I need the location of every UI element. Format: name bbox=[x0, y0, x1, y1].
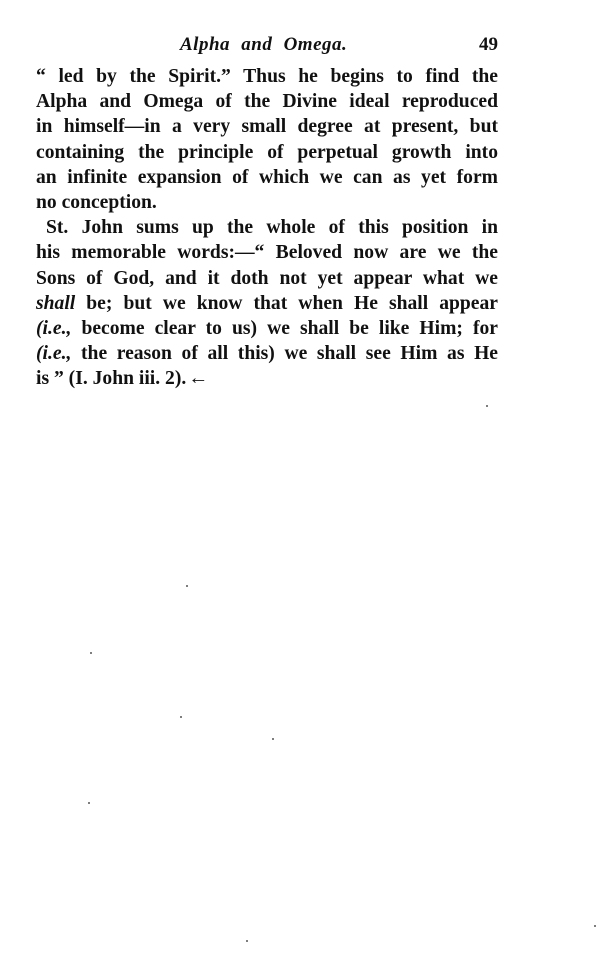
scan-speck bbox=[186, 585, 188, 587]
left-arrow-icon: ← bbox=[188, 367, 208, 389]
scan-speck bbox=[486, 405, 488, 407]
text-line: shall be; but we know that when He shall… bbox=[36, 291, 498, 316]
text-line: in himself—in a very small degree at pre… bbox=[36, 114, 498, 139]
paragraph-1: “ led by the Spirit.” Thus he begins to … bbox=[36, 64, 498, 215]
text-line: no conception. bbox=[36, 190, 498, 215]
page-number: 49 bbox=[479, 34, 498, 56]
body-text: “ led by the Spirit.” Thus he begins to … bbox=[36, 64, 498, 392]
scan-speck bbox=[180, 716, 182, 718]
text-line: an infinite expansion of which we can as… bbox=[36, 165, 498, 190]
italic-word: (i.e., bbox=[36, 343, 71, 364]
text-line: his memorable words:—“ Beloved now are w… bbox=[36, 240, 498, 265]
italic-word: (i.e., bbox=[36, 318, 71, 339]
text-line: is ” (I. John iii. 2).← bbox=[36, 366, 498, 391]
running-title: Alpha and Omega. bbox=[180, 34, 347, 56]
text-line: (i.e., the reason of all this) we shall … bbox=[36, 341, 498, 366]
scan-speck bbox=[594, 925, 596, 927]
page-header: Alpha and Omega. 49 bbox=[36, 34, 498, 60]
text-line: St. John sums up the whole of this posit… bbox=[36, 215, 498, 240]
italic-word: shall bbox=[36, 293, 75, 314]
text-line: Sons of God, and it doth not yet appear … bbox=[36, 266, 498, 291]
text-line: Alpha and Omega of the Divine ideal repr… bbox=[36, 89, 498, 114]
text-line: containing the principle of perpetual gr… bbox=[36, 140, 498, 165]
text-line: (i.e., become clear to us) we shall be l… bbox=[36, 316, 498, 341]
scan-speck bbox=[88, 802, 90, 804]
text-line: “ led by the Spirit.” Thus he begins to … bbox=[36, 64, 498, 89]
paragraph-2: St. John sums up the whole of this posit… bbox=[36, 215, 498, 391]
scan-speck bbox=[272, 738, 274, 740]
scan-speck bbox=[246, 940, 248, 942]
scan-speck bbox=[90, 652, 92, 654]
